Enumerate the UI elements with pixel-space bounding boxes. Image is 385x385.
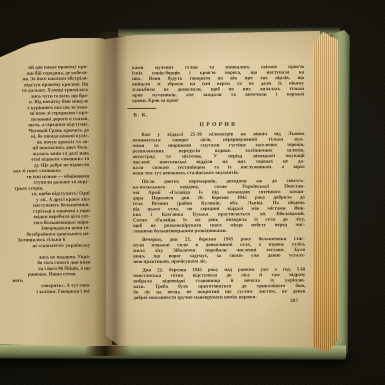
- left-page-text: ий дав наказ правому кри-ши бій середина…: [0, 64, 91, 297]
- text-line: явно, що ворог задумує, за своєю уже дав…: [133, 252, 305, 259]
- page-stack-fore-edge: [313, 32, 338, 352]
- book-photo: ий дав наказ правому кри-ши бій середина…: [0, 0, 385, 385]
- section-divider: [127, 108, 156, 109]
- left-page: ий дав наказ правому кри-ши бій середина…: [0, 33, 112, 347]
- text-line: ленними большевицькими розвідниками.: [133, 227, 305, 234]
- right-page: ками мучених селян та вмивались свіжою к…: [106, 30, 320, 348]
- text-line: доброї можливости зручно маневрувати пом…: [133, 294, 305, 301]
- story-paragraph: Вже у віддалі 25-30 кілометрів на північ…: [132, 131, 304, 176]
- text-line: ною практикою, прочісувати ліс.: [133, 258, 305, 265]
- text-line: і залізом. Говорили і зві-: [0, 288, 91, 297]
- page-number: 287: [290, 298, 298, 304]
- right-page-text: ками мучених селян та вмивались свіжою к…: [132, 64, 306, 325]
- continuation-paragraph: ками мучених селян та вмивались свіжою к…: [132, 64, 304, 104]
- text-line: крови. Кров за кров!: [132, 97, 304, 104]
- text-line: вони теж тут непокоять сталінських окупа…: [133, 169, 305, 176]
- author-initials: В. К.: [133, 111, 304, 118]
- story-paragraph: Після довгих перемаршів, доходячи аж до …: [133, 178, 305, 234]
- story-body: Вже у віддалі 25-30 кілометрів на північ…: [132, 131, 305, 301]
- binding-threads: [85, 346, 131, 356]
- story-paragraph: Дня 22. березня 1945 року над ранком уже…: [133, 266, 305, 300]
- story-heading: ПРОРИВ: [132, 121, 304, 128]
- story-paragraph: Вечером, дня 21. березня 1945 року больш…: [133, 236, 305, 265]
